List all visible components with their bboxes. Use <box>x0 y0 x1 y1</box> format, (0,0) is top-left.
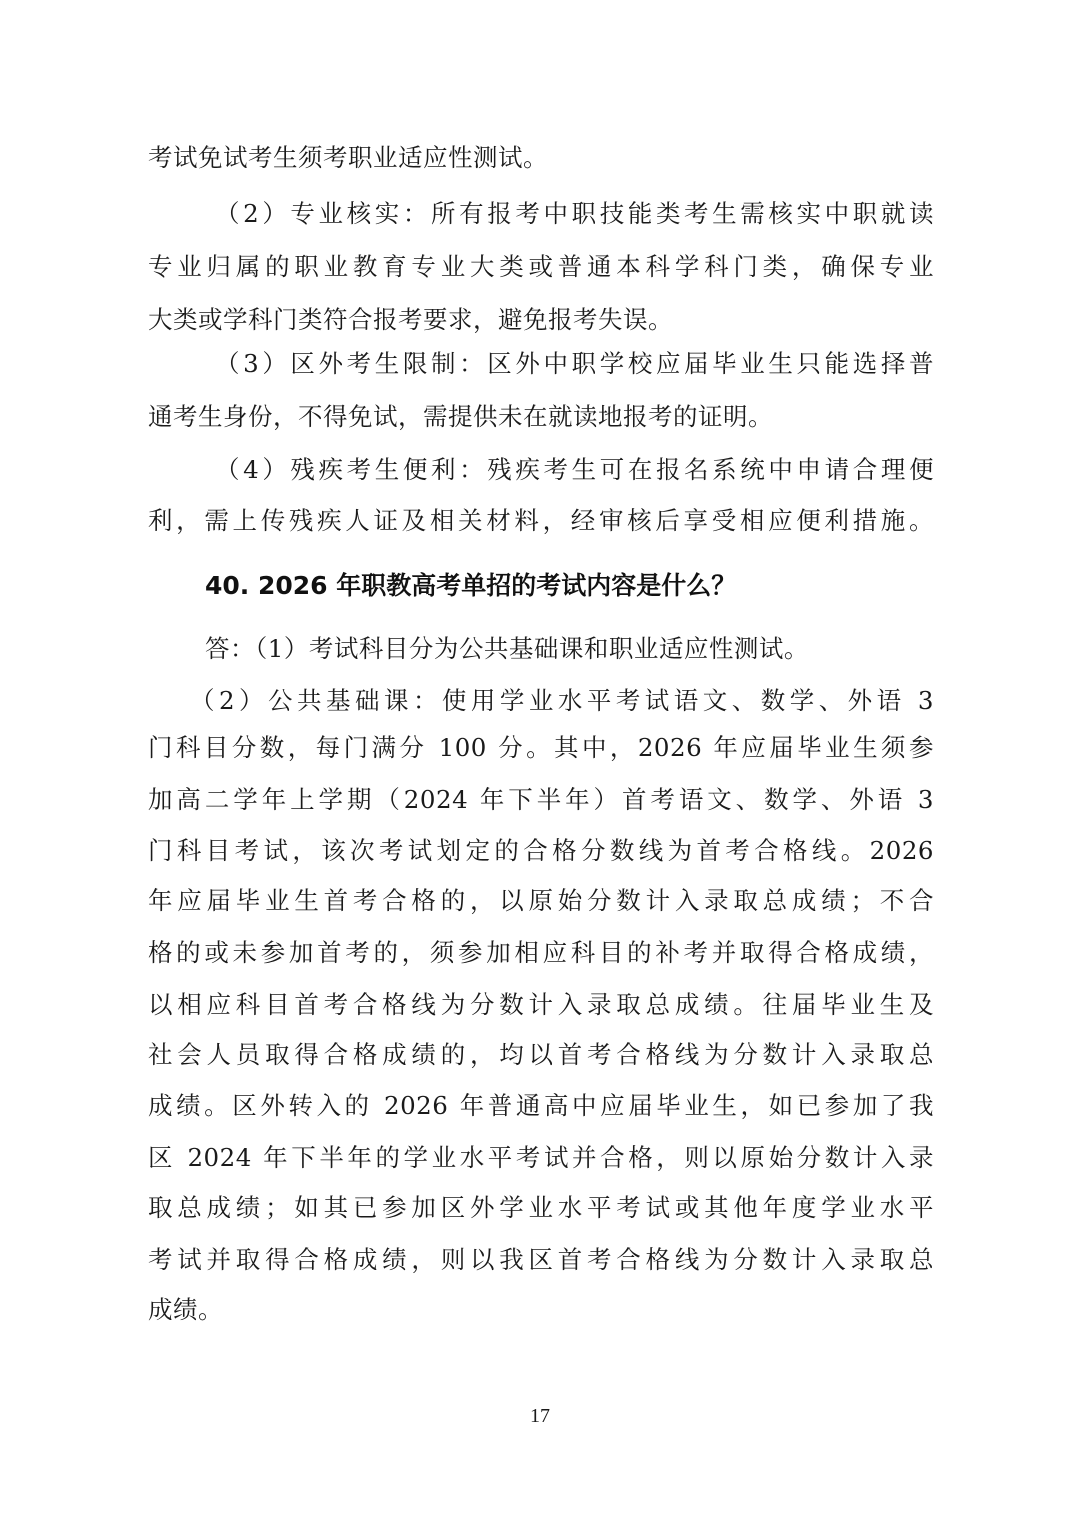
paragraph-line: 大类或学科门类符合报考要求，避免报考失误。 <box>148 305 934 335</box>
paragraph-line: （2）专业核实：所有报考中职技能类考生需核实中职就读 <box>215 199 934 229</box>
paragraph-line: 通考生身份，不得免试，需提供未在就读地报考的证明。 <box>148 402 934 432</box>
paragraph-line: （4）残疾考生便利：残疾考生可在报名系统中申请合理便 <box>215 455 934 485</box>
paragraph-line: 以相应科目首考合格线为分数计入录取总成绩。往届毕业生及 <box>148 990 934 1020</box>
paragraph-line: 考试并取得合格成绩，则以我区首考合格线为分数计入录取总 <box>148 1245 934 1275</box>
document-page: 考试免试考生须考职业适应性测试。 （2）专业核实：所有报考中职技能类考生需核实中… <box>0 0 1080 1527</box>
paragraph-line: （2）公共基础课：使用学业水平考试语文、数学、外语 3 <box>190 686 934 716</box>
paragraph-line: 答：（1）考试科目分为公共基础课和职业适应性测试。 <box>205 634 934 664</box>
paragraph-line: （3）区外考生限制：区外中职学校应届毕业生只能选择普 <box>215 349 934 379</box>
paragraph-line: 年应届毕业生首考合格的，以原始分数计入录取总成绩；不合 <box>148 886 934 916</box>
page-number: 17 <box>0 1405 1080 1428</box>
paragraph-line: 门科目分数，每门满分 100 分。其中，2026 年应届毕业生须参 <box>148 733 934 763</box>
question-heading: 40. 2026 年职教高考单招的考试内容是什么？ <box>205 571 736 601</box>
paragraph-line: 成绩。区外转入的 2026 年普通高中应届毕业生，如已参加了我 <box>148 1091 934 1121</box>
paragraph-line: 取总成绩；如其已参加区外学业水平考试或其他年度学业水平 <box>148 1193 934 1223</box>
paragraph-line: 区 2024 年下半年的学业水平考试并合格，则以原始分数计入录 <box>148 1143 934 1173</box>
paragraph-line: 加高二学年上学期（2024 年下半年）首考语文、数学、外语 3 <box>148 785 934 815</box>
paragraph-line: 利，需上传残疾人证及相关材料，经审核后享受相应便利措施。 <box>148 506 934 536</box>
paragraph-line: 专业归属的职业教育专业大类或普通本科学科门类，确保专业 <box>148 252 934 282</box>
paragraph-line: 格的或未参加首考的，须参加相应科目的补考并取得合格成绩， <box>148 938 934 968</box>
paragraph-line: 社会人员取得合格成绩的，均以首考合格线为分数计入录取总 <box>148 1040 934 1070</box>
paragraph-line: 门科目考试，该次考试划定的合格分数线为首考合格线。2026 <box>148 836 934 866</box>
paragraph-line: 成绩。 <box>148 1295 934 1325</box>
paragraph-line: 考试免试考生须考职业适应性测试。 <box>148 143 934 173</box>
